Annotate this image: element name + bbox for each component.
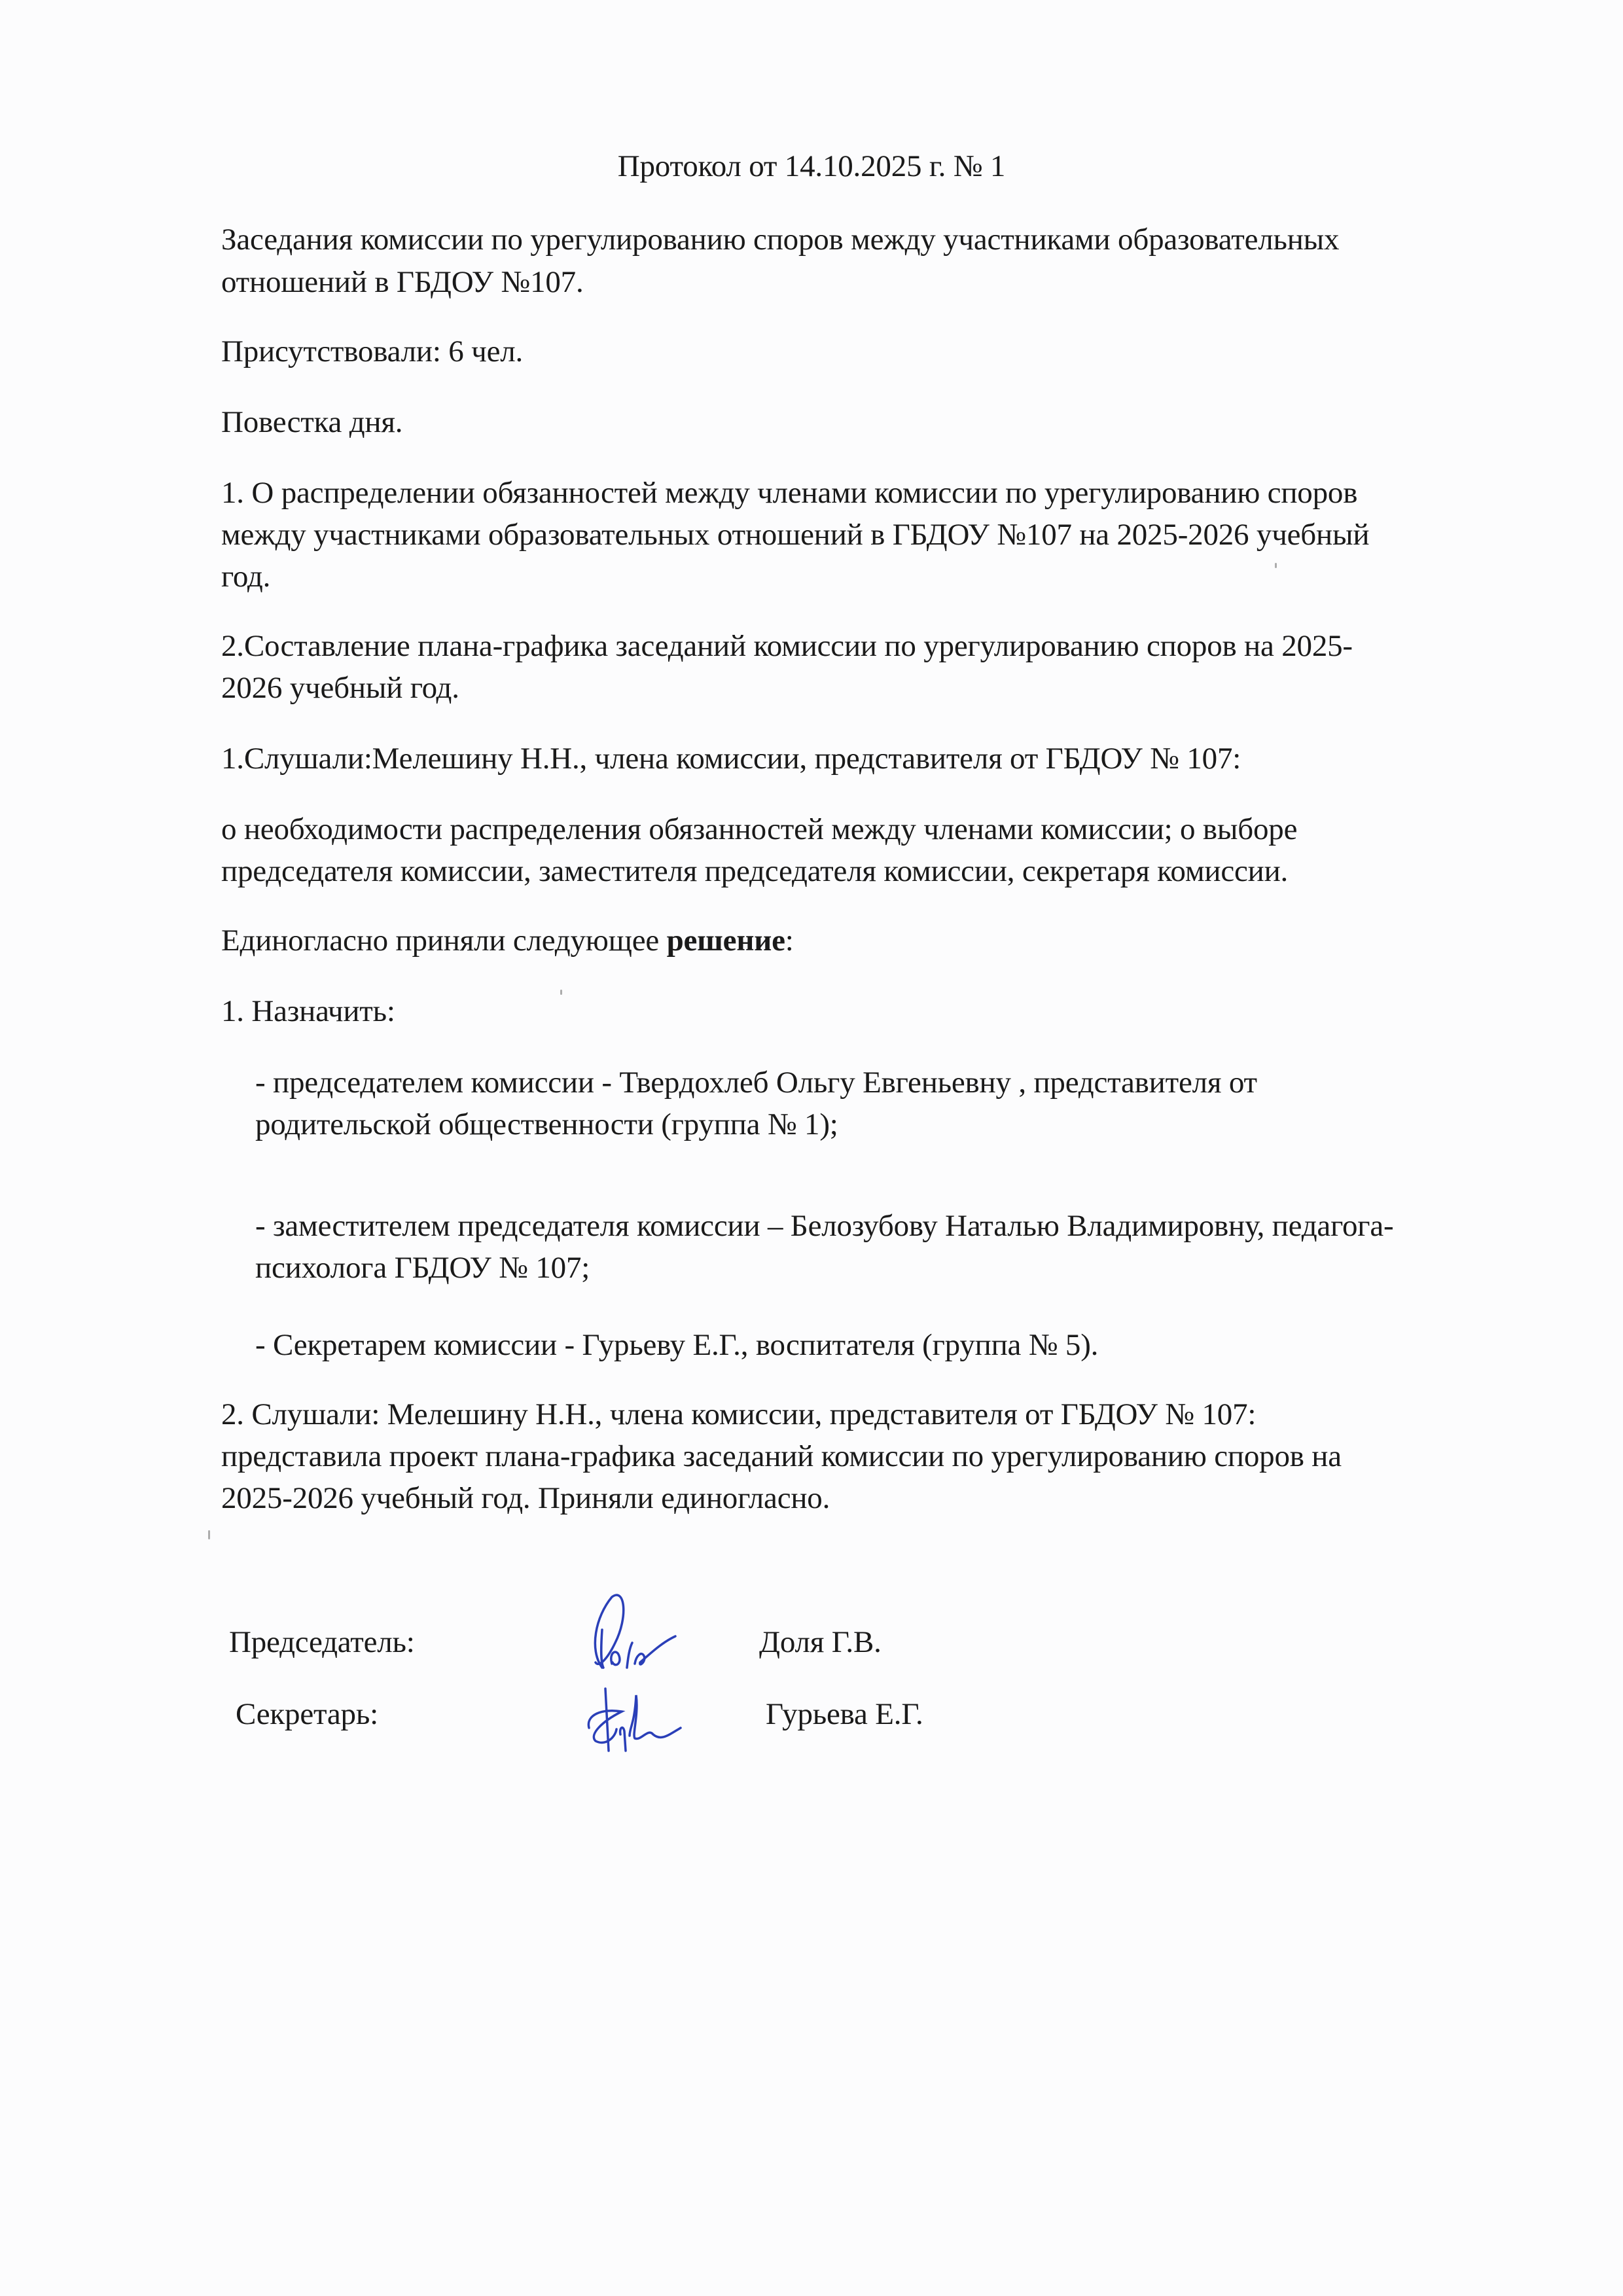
appointment-deputy-line-1: - заместителем председателя комиссии – Б… [255,1207,1393,1245]
agenda-heading: Повестка дня. [221,403,402,441]
decision-suffix: : [785,924,794,958]
agenda-item-1-line-2: между участниками образовательных отноше… [221,516,1369,554]
appointment-chair-line-2: родительской общественности (группа № 1)… [255,1105,838,1143]
agenda-item-1-line-1: 1. О распределении обязанностей между чл… [221,474,1357,512]
agenda-item-1-line-3: год. [221,558,270,596]
signature-name-secretary: Гурьева Е.Г. [766,1695,923,1733]
decision-prefix: Единогласно приняли следующее [221,924,667,958]
scan-speck [208,1530,210,1539]
signature-role-chair: Председатель: [229,1623,415,1661]
handwritten-signature-chair-icon [576,1590,707,1679]
decision-bold-word: решение [667,924,785,958]
signature-name-chair: Доля Г.В. [759,1623,882,1661]
document-page: Протокол от 14.10.2025 г. № 1 Заседания … [0,0,1623,2296]
heard-1: 1.Слушали:Мелешину Н.Н., члена комиссии,… [221,740,1241,778]
scan-speck [1275,563,1277,568]
heard-2-line-3: 2025-2026 учебный год. Приняли единоглас… [221,1479,830,1517]
heard-1-content-line-1: о необходимости распределения обязанност… [221,810,1297,848]
document-title: Протокол от 14.10.2025 г. № 1 [0,147,1623,185]
subject-line-2: отношений в ГБДОУ №107. [221,263,584,301]
appointment-chair-line-1: - председателем комиссии - Твердохлеб Ол… [255,1064,1257,1102]
scan-speck [560,990,562,995]
agenda-item-2-line-1: 2.Составление плана-графика заседаний ко… [221,627,1353,665]
signature-role-secretary: Секретарь: [236,1695,378,1733]
appoint-heading: 1. Назначить: [221,992,395,1030]
heard-2-line-2: представила проект плана-графика заседан… [221,1437,1342,1475]
agenda-item-2-line-2: 2026 учебный год. [221,669,459,707]
handwritten-signature-secretary-icon [576,1676,707,1757]
appointment-secretary-line-1: - Секретарем комиссии - Гурьеву Е.Г., во… [255,1326,1098,1364]
subject-line-1: Заседания комиссии по урегулированию спо… [221,221,1339,259]
heard-2-line-1: 2. Слушали: Мелешину Н.Н., члена комисси… [221,1395,1256,1433]
attendance: Присутствовали: 6 чел. [221,332,523,370]
appointment-deputy-line-2: психолога ГБДОУ № 107; [255,1249,590,1287]
decision-line: Единогласно приняли следующее решение: [221,922,794,960]
heard-1-content-line-2: председателя комиссии, заместителя предс… [221,852,1288,890]
